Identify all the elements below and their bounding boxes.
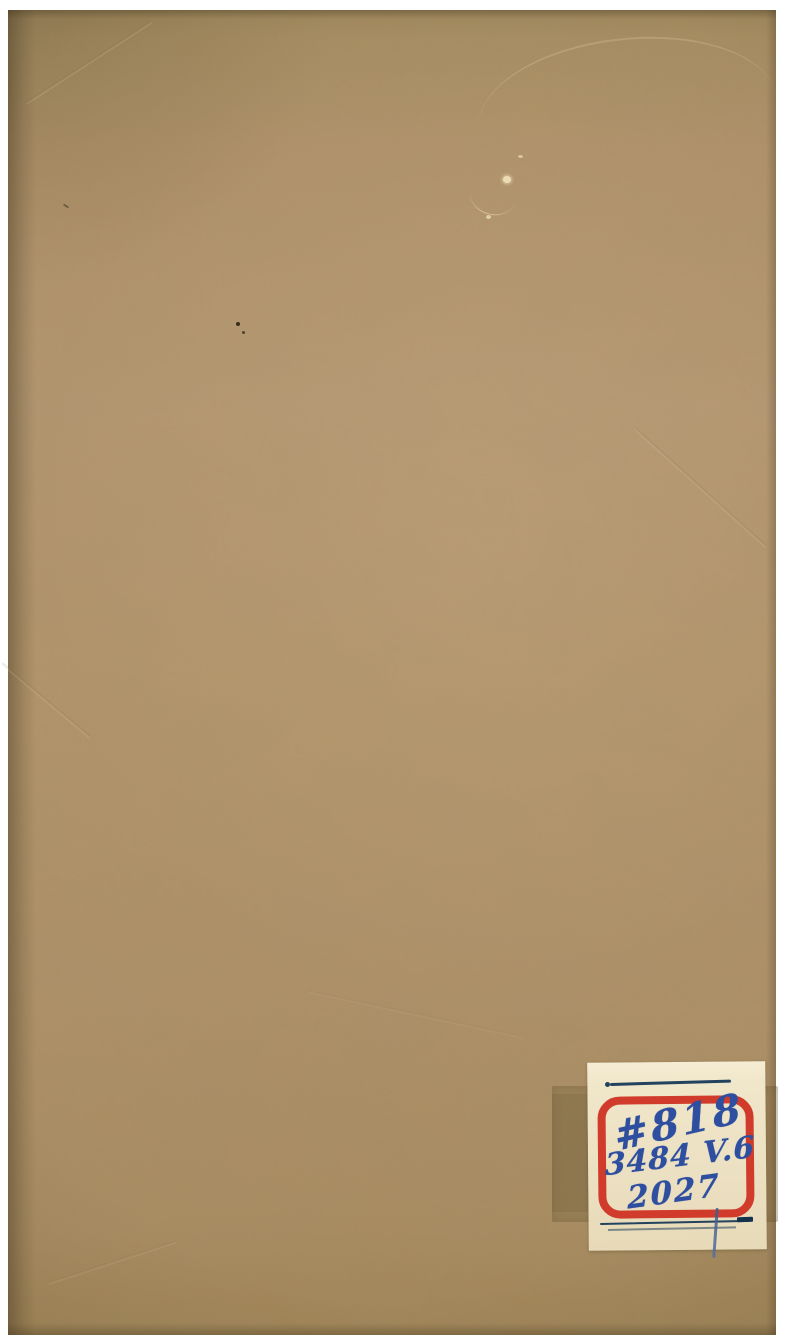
book-cover: #818 3484 V.6 2027	[8, 10, 776, 1335]
scan-background: #818 3484 V.6 2027	[0, 0, 787, 1343]
label-rule-tick	[737, 1217, 753, 1222]
scuff-mark	[486, 215, 491, 219]
cover-top-shadow	[8, 10, 776, 19]
ink-speck	[236, 322, 240, 326]
ink-speck	[242, 331, 245, 334]
cover-bottom-shadow	[8, 1323, 776, 1335]
scuff-mark	[518, 155, 523, 158]
label-rule-dot	[605, 1082, 610, 1087]
